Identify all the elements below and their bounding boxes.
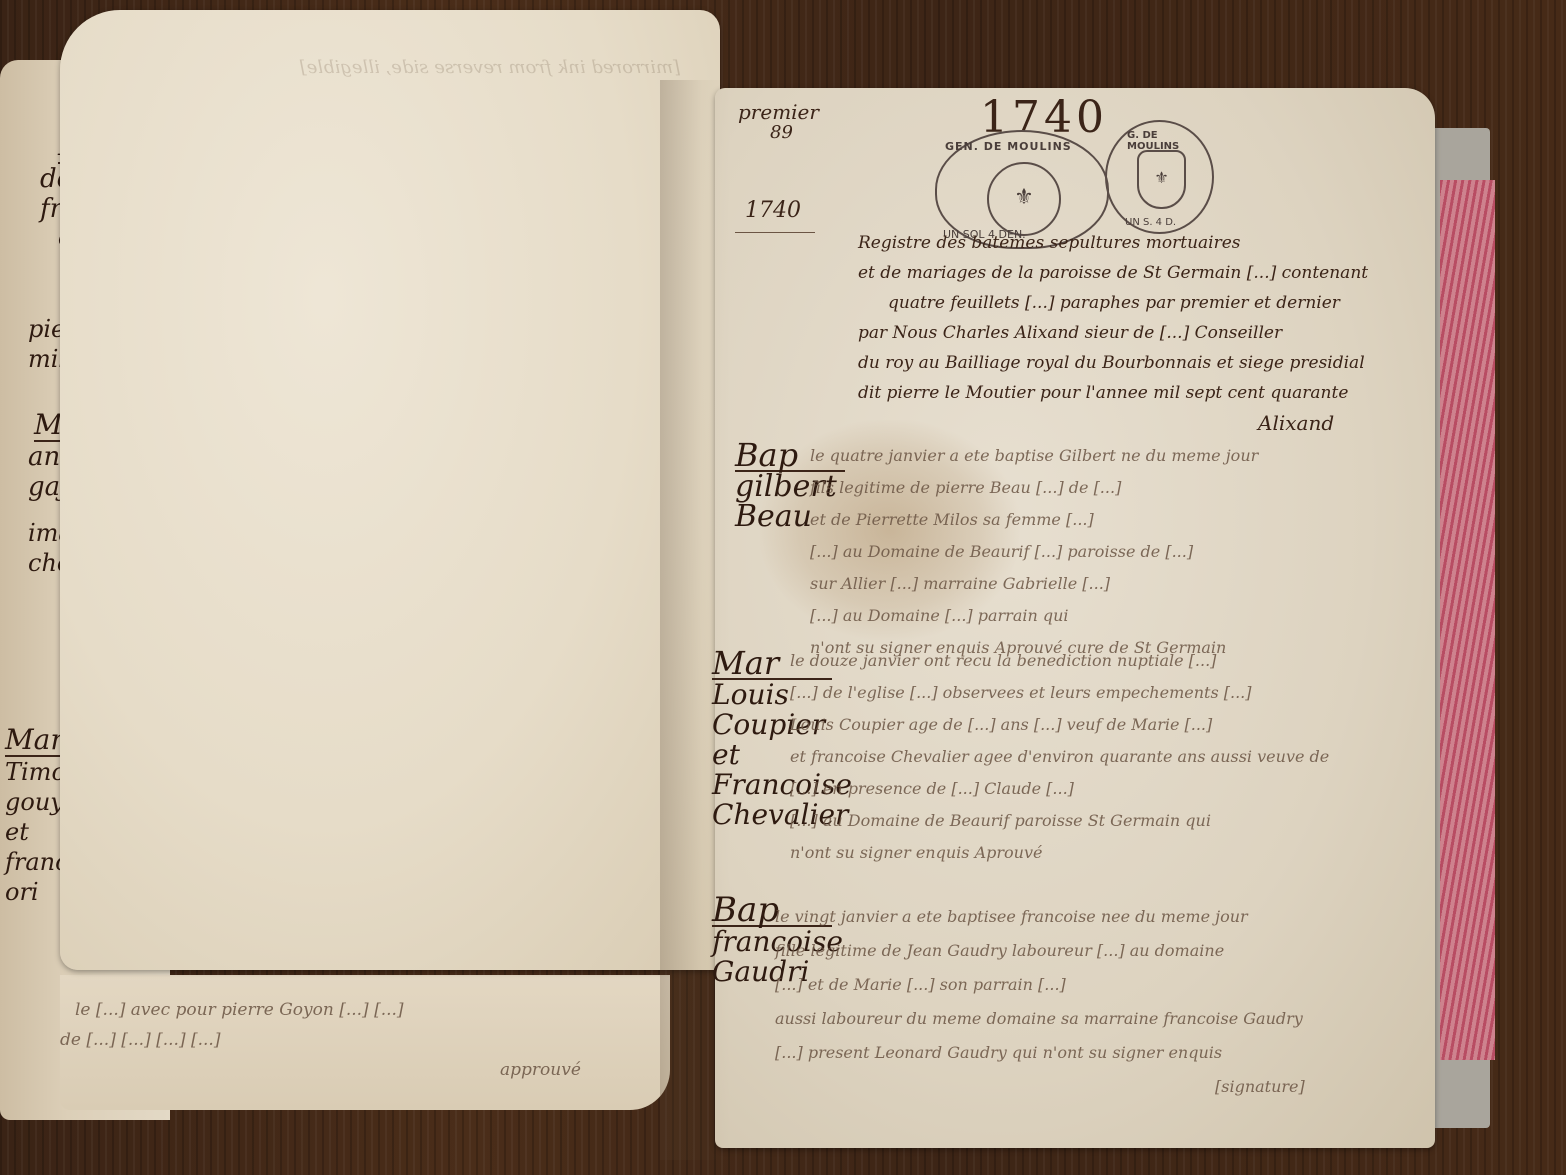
tax-stamp-generality-2: G. DE MOULINS ⚜ UN S. 4 D. [1105,120,1214,234]
officer-signature: Alixand [1258,408,1378,438]
entry-line: [...] au Domaine [...] parrain qui [810,600,1410,632]
strip-line: de [...] [...] [...] [...] [60,1030,220,1050]
entry-line: le vingt janvier a ete baptisee francois… [775,900,1425,934]
preamble-line: et de mariages de la paroisse de St Germ… [858,258,1378,288]
entry-2-text: le douze janvier ont recu la benediction… [790,645,1430,869]
left-page: [mirrored ink from reverse side, illegib… [60,10,720,970]
stamp-ribbon: G. DE MOULINS [1127,130,1212,152]
entry-line: fille legitime de Jean Gaudry laboureur … [775,934,1425,968]
folio-number: 89 [770,122,793,143]
entry-line: le quatre janvier a ete baptise Gilbert … [810,440,1410,472]
entry-line: fils legitime de pierre Beau [...] de [.… [810,472,1410,504]
entry-line: [...] en presence de [...] Claude [...] [790,773,1430,805]
bleed-through-text: [mirrored ink from reverse side, illegib… [100,50,680,910]
preamble-line: du roy au Bailliage royal du Bourbonnais… [858,348,1378,378]
preamble-line: dit pierre le Moutier pour l'annee mil s… [858,378,1378,408]
entry-line: Louis Coupier age de [...] ans [...] veu… [790,709,1430,741]
entry-line: sur Allier [...] marraine Gabrielle [...… [810,568,1410,600]
entry-line: [...] present Leonard Gaudry qui n'ont s… [775,1036,1425,1070]
entry-line: [signature] [1215,1070,1425,1104]
stamp-ribbon: GEN. DE MOULINS [945,140,1072,153]
stamp-denomination: UN S. 4 D. [1125,217,1176,228]
entry-line: [...] au Domaine de Beaurif [...] parois… [810,536,1410,568]
entry-line: n'ont su signer enquis Aprouvé [790,837,1430,869]
preamble-line: par Nous Charles Alixand sieur de [...] … [858,318,1378,348]
entry-line: et francoise Chevalier agee d'environ qu… [790,741,1430,773]
register-preamble: Registre des batemes sepultures mortuair… [858,228,1378,438]
strip-line: approuvé [500,1060,581,1080]
entry-1-text: le quatre janvier a ete baptise Gilbert … [810,440,1410,664]
book-gutter [660,80,730,1160]
divider [735,232,815,233]
entry-line: aussi laboureur du meme domaine sa marra… [775,1002,1425,1036]
year-margin: 1740 [745,198,801,223]
entry-line: et de Pierrette Milos sa femme [...] [810,504,1410,536]
book-cover-marbled-paper [1440,180,1495,1060]
entry-3-text: le vingt janvier a ete baptisee francois… [775,900,1425,1104]
left-page-bottom-strip: le [...] avec pour pierre Goyon [...] [.… [60,975,670,1110]
fleur-de-lis-icon: ⚜ [1137,150,1186,209]
folio-note: premier [738,100,819,124]
fleur-de-lis-icon: ⚜ [987,162,1061,236]
strip-line: le [...] avec pour pierre Goyon [...] [.… [75,1000,404,1020]
preamble-line: Registre des batemes sepultures mortuair… [858,228,1378,258]
entry-line: [...] de l'eglise [...] observees et leu… [790,677,1430,709]
preamble-line: quatre feuillets [...] paraphes par prem… [888,288,1378,318]
entry-line: [...] au Domaine de Beaurif paroisse St … [790,805,1430,837]
entry-line: [...] et de Marie [...] son parrain [...… [775,968,1425,1002]
entry-line: le douze janvier ont recu la benediction… [790,645,1430,677]
